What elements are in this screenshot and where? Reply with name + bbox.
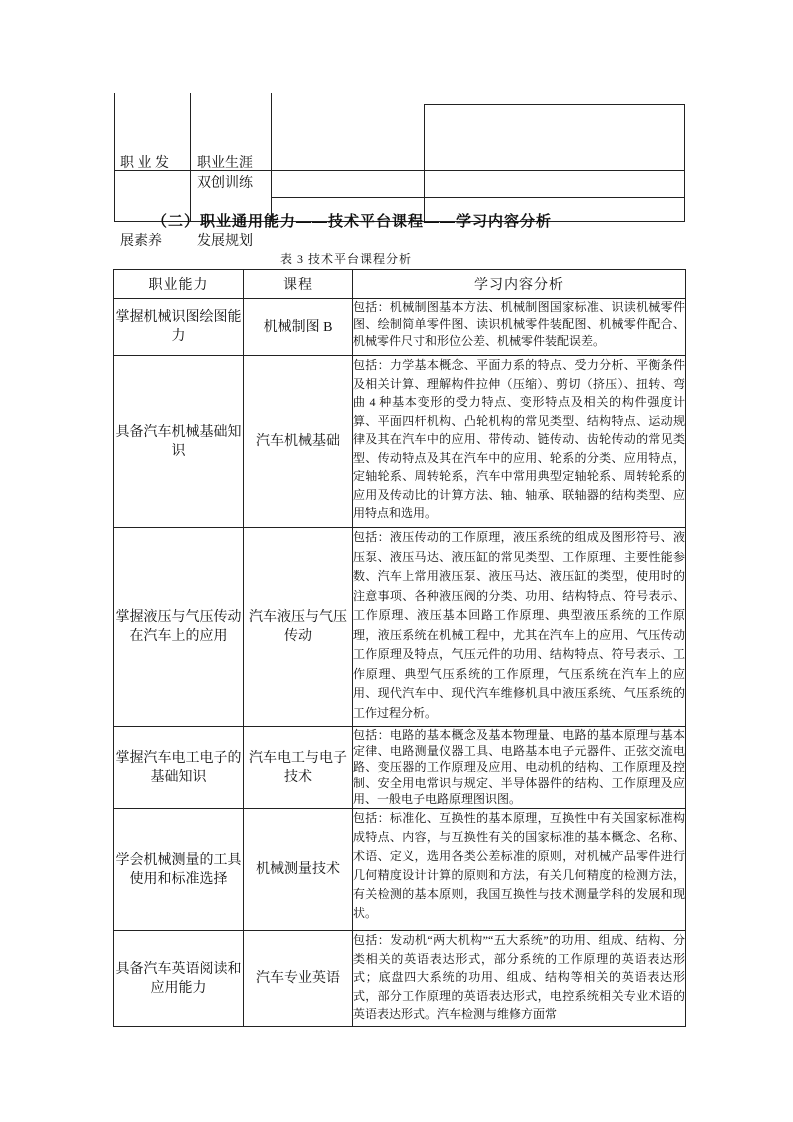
course-cell: 汽车电工与电子技术 bbox=[244, 727, 353, 809]
table-border bbox=[271, 197, 685, 198]
ability-cell: 学会机械测量的工具使用和标准选择 bbox=[114, 809, 244, 931]
header-course: 课程 bbox=[244, 270, 353, 299]
course-analysis-table: 职业能力 课程 学习内容分析 掌握机械识图绘图能力 机械制图 B 包括：机械制图… bbox=[113, 269, 686, 1027]
table-row: 具备汽车机械基础知识 汽车机械基础 包括：力学基本概念、平面力系的特点、受力分析… bbox=[114, 356, 686, 528]
course-cell: 汽车机械基础 bbox=[244, 356, 353, 528]
header-row: 职业能力 课程 学习内容分析 bbox=[114, 270, 686, 299]
top-continued-table: 职 业 发 展素养 职业生涯 发展规划 双创训练 bbox=[114, 93, 685, 222]
course-cell: 汽车液压与气压传动 bbox=[244, 528, 353, 727]
table-row: 掌握汽车电工电子的基础知识 汽车电工与电子技术 包括：电路的基本概念及基本物理量… bbox=[114, 727, 686, 809]
table-border bbox=[190, 93, 191, 222]
course-cell: 机械制图 B bbox=[244, 299, 353, 356]
content-cell: 包括：发动机“两大机构”“五大系统”的功用、组成、结构、分类相关的英语表达形式，… bbox=[353, 931, 686, 1027]
content-cell: 包括：力学基本概念、平面力系的特点、受力分析、平衡条件及相关计算、理解构件拉伸（… bbox=[353, 356, 686, 528]
quality-category-line1: 职 业 发 bbox=[120, 151, 169, 177]
table-border bbox=[424, 104, 685, 105]
table-border bbox=[271, 93, 272, 222]
header-ability: 职业能力 bbox=[114, 270, 244, 299]
table-caption: 表 3 技术平台课程分析 bbox=[113, 250, 579, 267]
document-page: { "page": { "heading": "（二）职业通用能力——技术平台课… bbox=[0, 0, 793, 1122]
ability-cell: 具备汽车机械基础知识 bbox=[114, 356, 244, 528]
table-row: 学会机械测量的工具使用和标准选择 机械测量技术 包括：标准化、互换性的基本原理，… bbox=[114, 809, 686, 931]
innovation-course-cell: 双创训练 bbox=[197, 173, 253, 195]
course-cell: 机械测量技术 bbox=[244, 809, 353, 931]
ability-cell: 掌握汽车电工电子的基础知识 bbox=[114, 727, 244, 809]
table-border bbox=[424, 104, 425, 222]
header-content: 学习内容分析 bbox=[353, 270, 686, 299]
table-row: 掌握液压与气压传动在汽车上的应用 汽车液压与气压传动 包括：液压传动的工作原理，… bbox=[114, 528, 686, 727]
ability-cell: 具备汽车英语阅读和应用能力 bbox=[114, 931, 244, 1027]
content-cell: 包括：机械制图基本方法、机械制图国家标准、识读机械零件图、绘制简单零件图、读识机… bbox=[353, 299, 686, 356]
section-heading: （二）职业通用能力——技术平台课程——学习内容分析 bbox=[152, 210, 552, 231]
table-row: 具备汽车英语阅读和应用能力 汽车专业英语 包括：发动机“两大机构”“五大系统”的… bbox=[114, 931, 686, 1027]
ability-cell: 掌握机械识图绘图能力 bbox=[114, 299, 244, 356]
content-cell: 包括：液压传动的工作原理，液压系统的组成及图形符号、液压泵、液压马达、液压缸的常… bbox=[353, 528, 686, 727]
ability-cell: 掌握液压与气压传动在汽车上的应用 bbox=[114, 528, 244, 727]
content-cell: 包括：标准化、互换性的基本原理，互换性中有关国家标准构成特点、内容，与互换性有关… bbox=[353, 809, 686, 931]
table-border bbox=[684, 104, 685, 222]
content-cell: 包括：电路的基本概念及基本物理量、电路的基本原理与基本定律、电路测量仪器工具、电… bbox=[353, 727, 686, 809]
table-row: 掌握机械识图绘图能力 机械制图 B 包括：机械制图基本方法、机械制图国家标准、识… bbox=[114, 299, 686, 356]
table-border bbox=[114, 93, 115, 222]
course-cell: 汽车专业英语 bbox=[244, 931, 353, 1027]
